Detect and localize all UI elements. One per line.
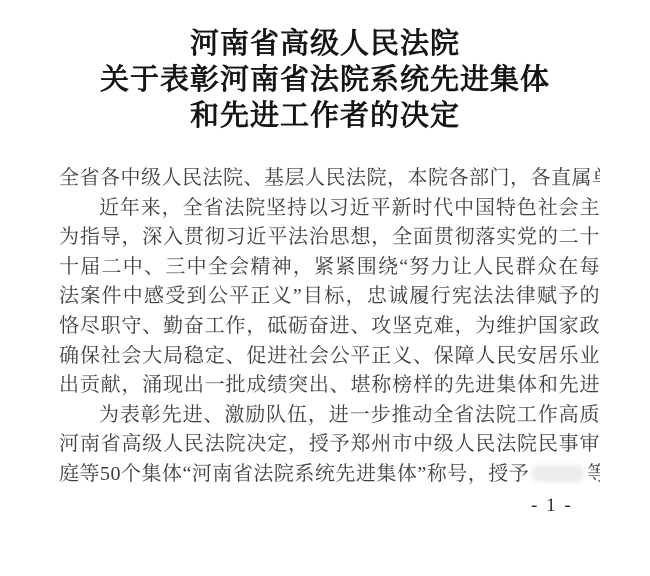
title-line-2: 关于表彰河南省法院系统先进集体 <box>0 62 650 98</box>
body-line: 河南省高级人民法院决定，授予郑州市中级人民法院民事审判第一 <box>59 430 600 460</box>
document-title: 河南省高级人民法院 关于表彰河南省法院系统先进集体 和先进工作者的决定 <box>0 26 650 134</box>
salutation-line: 全省各中级人民法院、基层人民法院，本院各部门，各直属单位： <box>59 164 600 194</box>
body-line-suffix: 等150 <box>587 463 600 485</box>
body-line: 确保社会大局稳定、促进社会公平正义、保障人民安居乐业作出突 <box>59 342 600 372</box>
body-line: 为表彰先进、激励队伍，进一步推动全省法院工作高质量发展， <box>59 401 600 431</box>
document-body: 全省各中级人民法院、基层人民法院，本院各部门，各直属单位： 近年来，全省法院坚持… <box>59 164 600 490</box>
body-line: 为指导，深入贯彻习近平法治思想，全面贯彻落实党的二十大和二 <box>59 223 600 253</box>
body-line: 法案件中感受到公平正义”目标，忠诚履行宪法法律赋予的职责， <box>59 282 600 312</box>
body-line: 恪尽职守、勤奋工作，砥砺奋进、攻坚克难，为维护国家政治安全、 <box>59 312 600 342</box>
title-line-1: 河南省高级人民法院 <box>0 26 650 62</box>
document-page: 河南省高级人民法院 关于表彰河南省法院系统先进集体 和先进工作者的决定 全省各中… <box>0 0 650 576</box>
body-line: 出贡献，涌现出一批成绩突出、堪称榜样的先进集体和先进个人。 <box>59 371 600 401</box>
body-line: 近年来，全省法院坚持以习近平新时代中国特色社会主义思想 <box>59 194 600 224</box>
page-number: - 1 - <box>531 495 573 517</box>
body-line: 十届二中、三中全会精神，紧紧围绕“努力让人民群众在每一个司 <box>59 253 600 283</box>
body-line-with-redaction: 庭等50个集体“河南省法院系统先进集体”称号，授予等150 <box>59 460 600 490</box>
body-line-prefix: 庭等50个集体“河南省法院系统先进集体”称号，授予 <box>59 463 529 485</box>
title-line-3: 和先进工作者的决定 <box>0 98 650 134</box>
redacted-name-blur <box>532 465 584 482</box>
